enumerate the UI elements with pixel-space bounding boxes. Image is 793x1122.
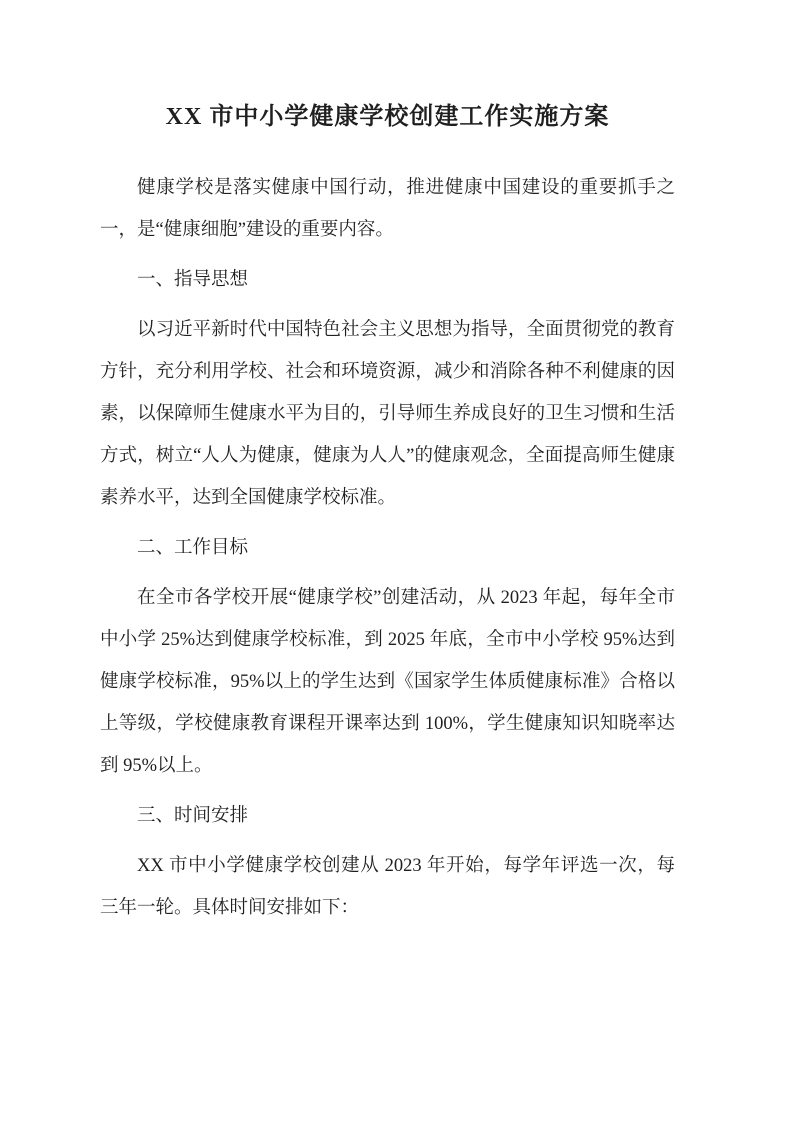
section-paragraph-3: XX 市中小学健康学校创建从 2023 年开始，每学年评选一次，每三年一轮。具体… [100, 845, 675, 929]
section-heading-3: 三、时间安排 [100, 795, 675, 837]
section-heading-2: 二、工作目标 [100, 527, 675, 569]
section-time-arrangement: 三、时间安排 XX 市中小学健康学校创建从 2023 年开始，每学年评选一次，每… [100, 795, 675, 929]
section-heading-1: 一、指导思想 [100, 259, 675, 301]
section-paragraph-2: 在全市各学校开展“健康学校”创建活动，从 2023 年起，每年全市中小学 25%… [100, 577, 675, 787]
document-title: XX 市中小学健康学校创建工作实施方案 [100, 95, 675, 139]
section-work-goals: 二、工作目标 在全市各学校开展“健康学校”创建活动，从 2023 年起，每年全市… [100, 527, 675, 787]
document-page: XX 市中小学健康学校创建工作实施方案 健康学校是落实健康中国行动，推进健康中国… [0, 0, 793, 1122]
intro-paragraph: 健康学校是落实健康中国行动，推进健康中国建设的重要抓手之一，是“健康细胞”建设的… [100, 167, 675, 251]
section-paragraph-1: 以习近平新时代中国特色社会主义思想为指导，全面贯彻党的教育方针，充分利用学校、社… [100, 309, 675, 519]
section-guiding-ideology: 一、指导思想 以习近平新时代中国特色社会主义思想为指导，全面贯彻党的教育方针，充… [100, 259, 675, 519]
